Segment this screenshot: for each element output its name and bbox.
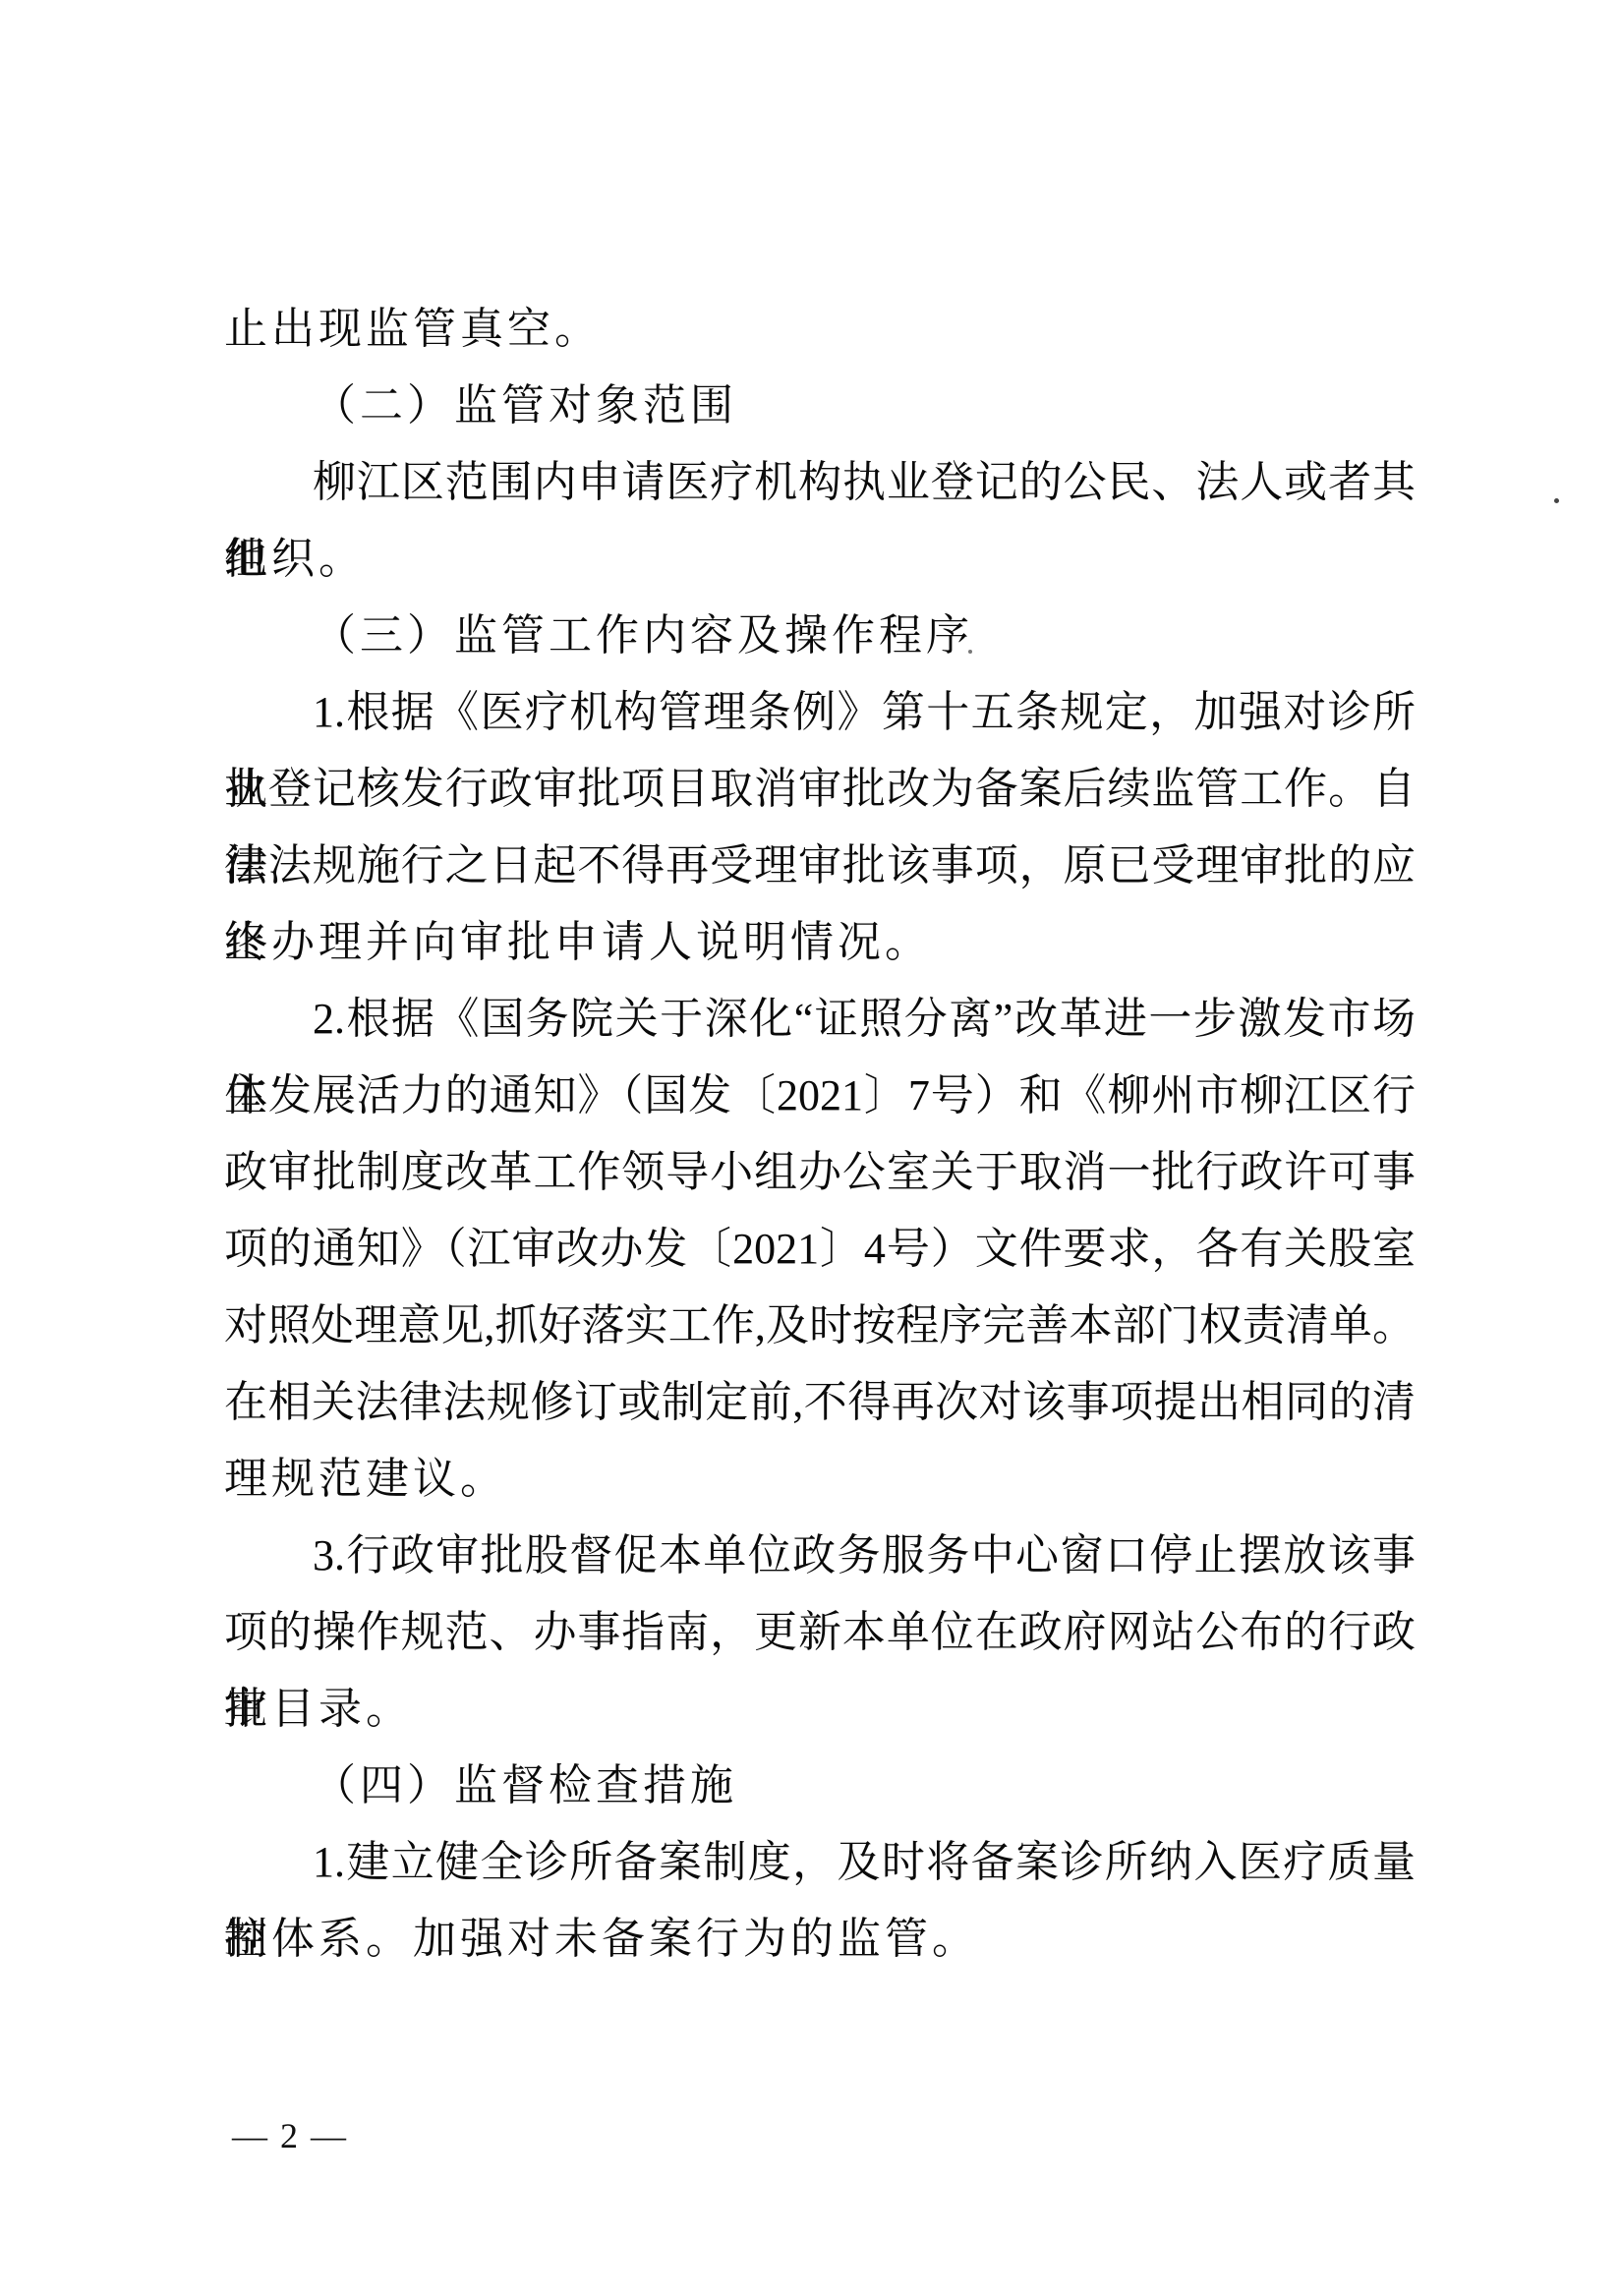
page-number: — 2 — [232, 2116, 348, 2155]
text-line: 制体系。加强对未备案行为的监管。 [224, 1901, 1416, 1978]
text-line: 1.根据《医疗机构管理条例》第十五条规定，加强对诊所执 [224, 674, 1416, 751]
scan-speck [1554, 498, 1559, 503]
text-line: 业登记核发行政审批项目取消审批改为备案后续监管工作。自法 [224, 751, 1416, 828]
text-line: （二）监管对象范围 [224, 368, 1416, 444]
text-line: （三）监管工作内容及操作程序 [224, 598, 1416, 674]
document-body: 止出现监管真空。（二）监管对象范围柳江区范围内申请医疗机构执业登记的公民、法人或… [224, 291, 1416, 1978]
page-footer: — 2 — [232, 2115, 348, 2156]
text-line: 柳江区范围内申请医疗机构执业登记的公民、法人或者其他 [224, 444, 1416, 521]
text-line: 在相关法律法规修订或制定前,不得再次对该事项提出相同的清 [224, 1364, 1416, 1441]
scanned-document-page: 止出现监管真空。（二）监管对象范围柳江区范围内申请医疗机构执业登记的公民、法人或… [0, 0, 1620, 2296]
text-line: （四）监督检查措施 [224, 1748, 1416, 1824]
text-line: 理规范建议。 [224, 1441, 1416, 1518]
text-line: 3.行政审批股督促本单位政务服务中心窗口停止摆放该事 [224, 1518, 1416, 1594]
text-line: 律法规施行之日起不得再受理审批该事项，原已受理审批的应终 [224, 828, 1416, 904]
text-line: 批目录。 [224, 1671, 1416, 1748]
text-line: 2.根据《国务院关于深化“证照分离”改革进一步激发市场主 [224, 981, 1416, 1058]
scan-speck [968, 650, 972, 654]
text-line: 体发展活力的通知》（国发〔2021〕7号）和《柳州市柳江区行 [224, 1058, 1416, 1134]
text-line: 项的操作规范、办事指南，更新本单位在政府网站公布的行政审 [224, 1594, 1416, 1671]
text-line: 政审批制度改革工作领导小组办公室关于取消一批行政许可事 [224, 1134, 1416, 1211]
text-line: 组织。 [224, 521, 1416, 598]
text-line: 止出现监管真空。 [224, 291, 1416, 368]
text-line: 项的通知》（江审改办发〔2021〕4号）文件要求，各有关股室 [224, 1211, 1416, 1288]
text-line: 止办理并向审批申请人说明情况。 [224, 904, 1416, 981]
text-line: 1.建立健全诊所备案制度，及时将备案诊所纳入医疗质量控 [224, 1824, 1416, 1901]
text-line: 对照处理意见,抓好落实工作,及时按程序完善本部门权责清单。 [224, 1288, 1416, 1364]
